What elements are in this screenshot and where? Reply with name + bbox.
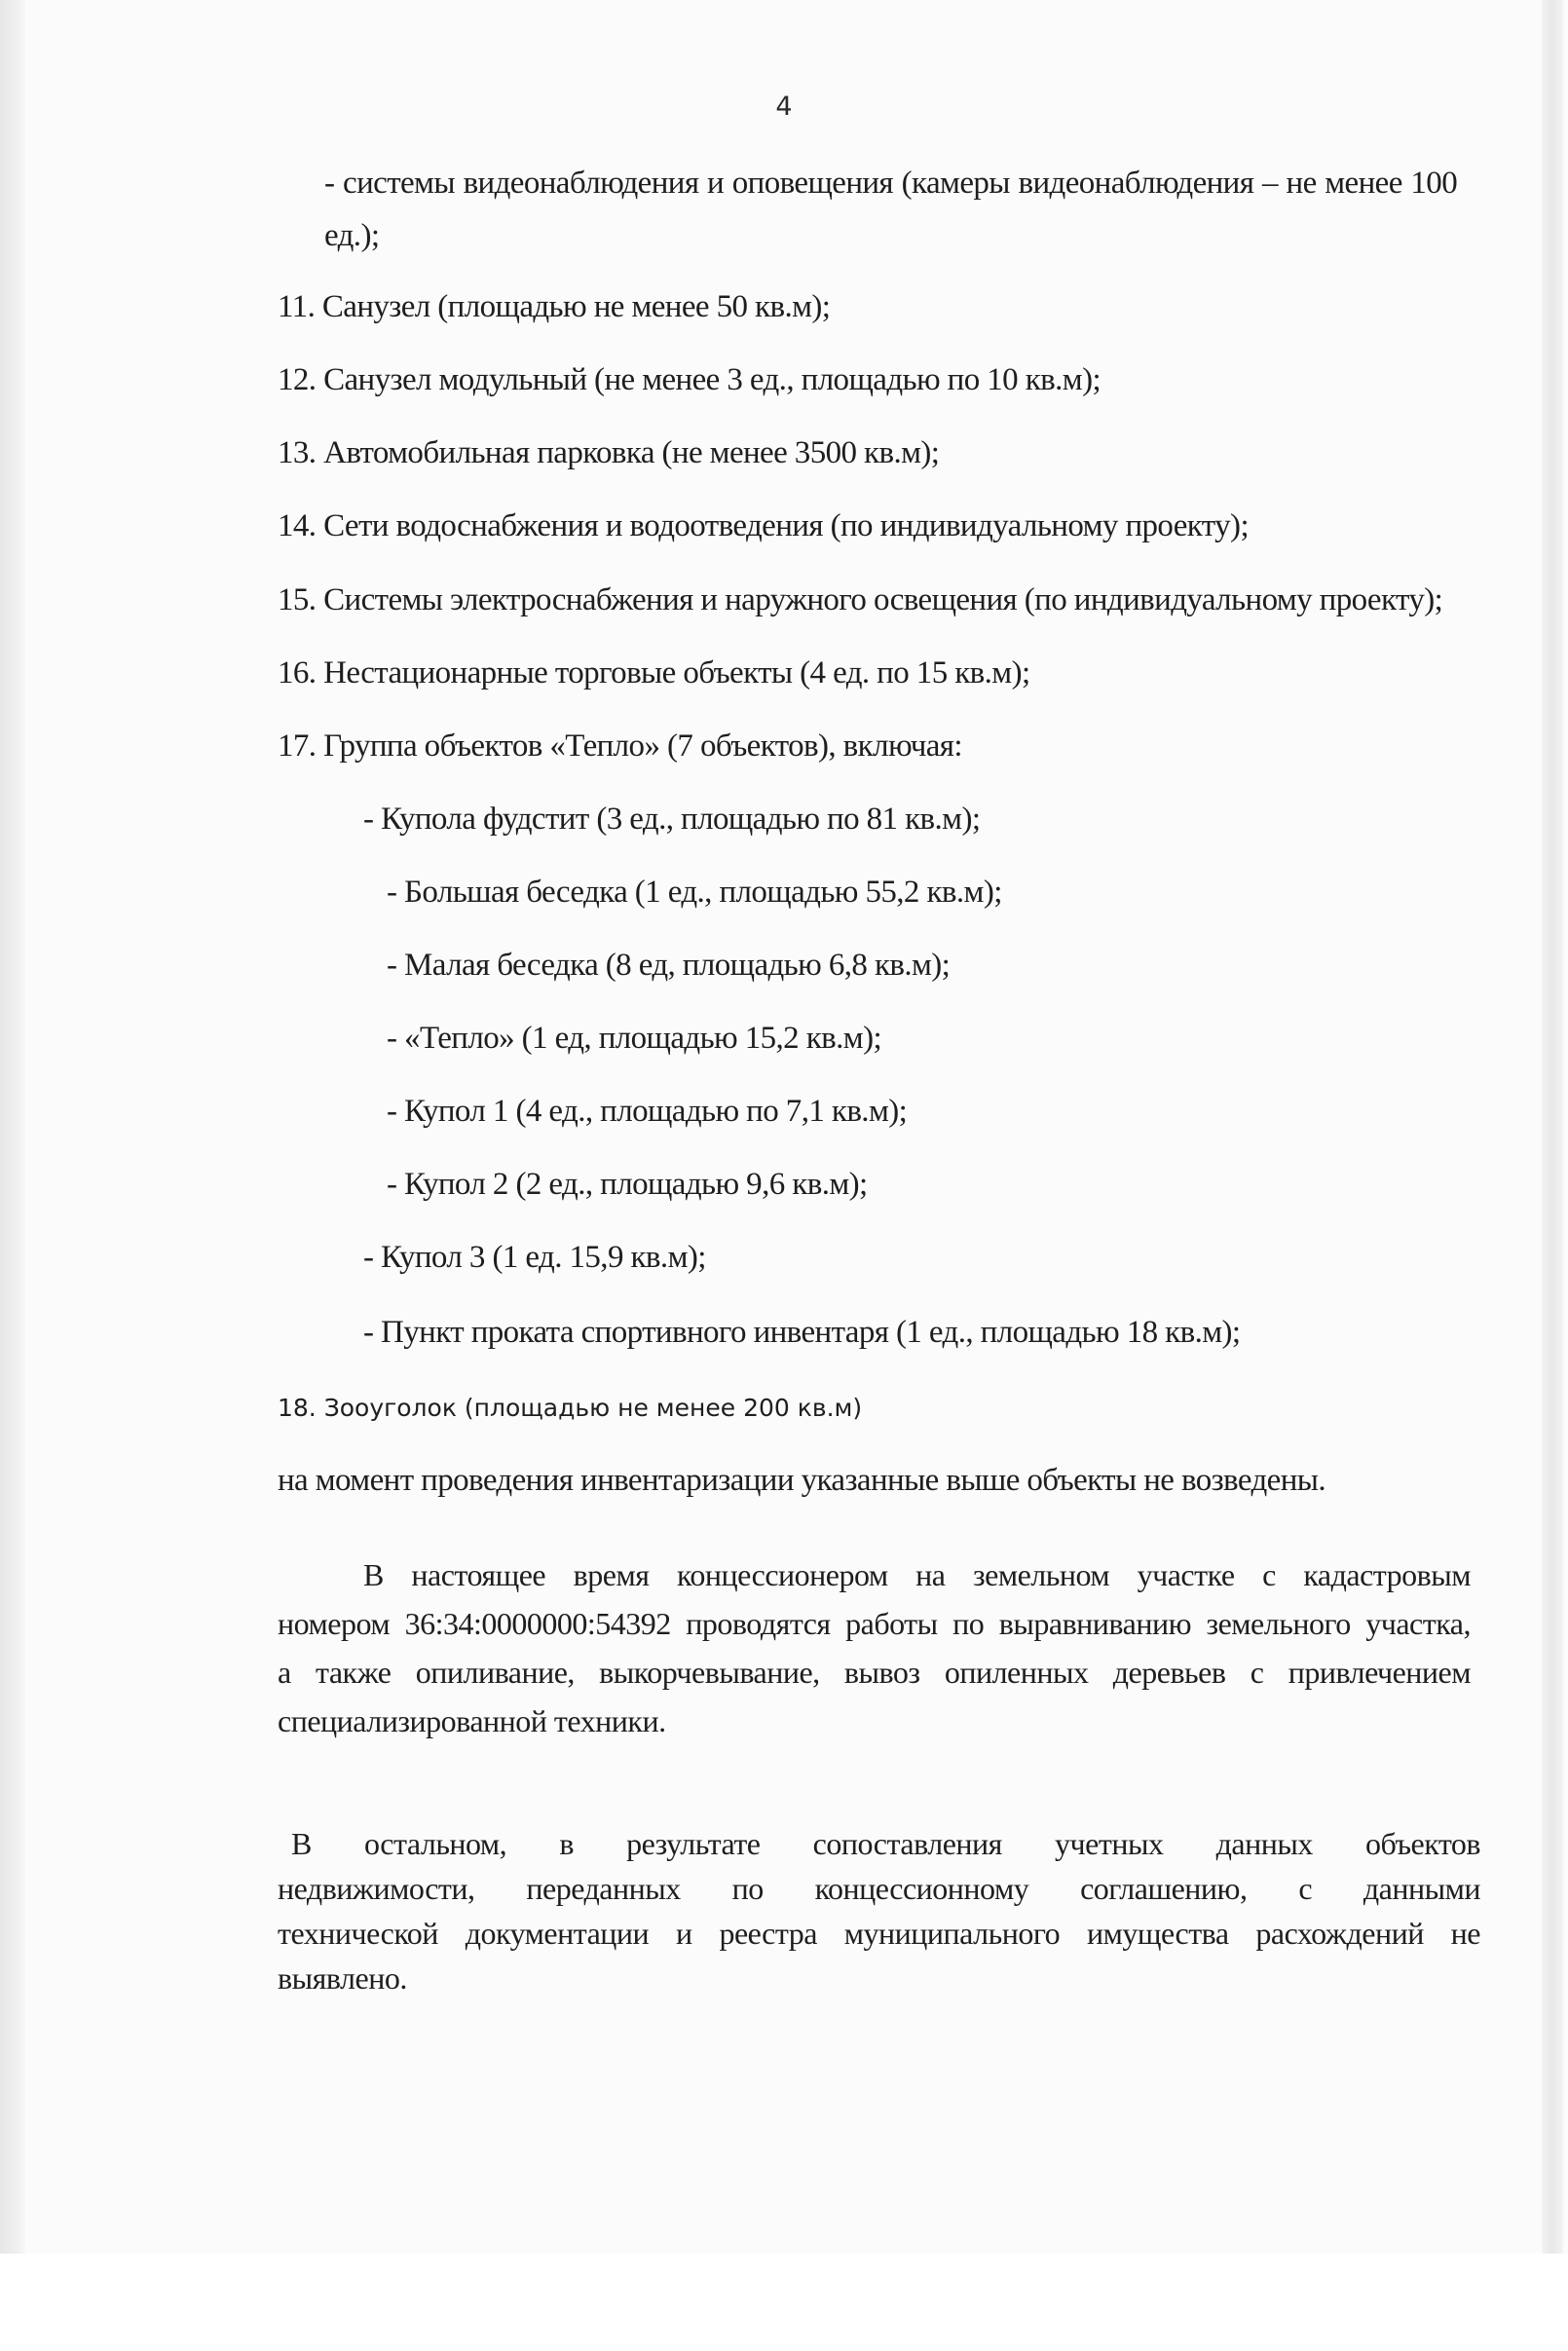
list-item-11: 11. Санузел (площадью не менее 50 кв.м);: [278, 287, 830, 326]
list-item-15: 15. Системы электроснабжения и наружного…: [278, 580, 1442, 619]
sub-item-rental-point: - Пункт проката спортивного инвентаря (1…: [363, 1313, 1240, 1352]
list-item-13: 13. Автомобильная парковка (не менее 350…: [278, 433, 939, 472]
list-item-18: 18. Зооуголок (площадью не менее 200 кв.…: [278, 1389, 862, 1428]
list-item-14: 14. Сети водоснабжения и водоотведения (…: [278, 506, 1249, 545]
list-item-12: 12. Санузел модульный (не менее 3 ед., п…: [278, 360, 1101, 399]
sub-item-dome-2: - Купол 2 (2 ед., площадью 9,6 кв.м);: [387, 1165, 868, 1204]
paragraph-current-works: В настоящее время концессионером на земе…: [278, 1550, 1471, 1745]
scan-edge-left: [0, 0, 25, 2254]
sub-item-large-gazebo: - Большая беседка (1 ед., площадью 55,2 …: [387, 873, 1002, 912]
inventory-conclusion: на момент проведения инвентаризации указ…: [278, 1461, 1325, 1500]
sub-item-dome-1: - Купол 1 (4 ед., площадью по 7,1 кв.м);: [387, 1092, 907, 1131]
paragraph-line: технической документации и реестра муниц…: [278, 1911, 1480, 1956]
list-item-intro-line1: - системы видеонаблюдения и оповещения (…: [324, 164, 1457, 203]
sub-item-teplo: - «Тепло» (1 ед, площадью 15,2 кв.м);: [387, 1019, 881, 1058]
list-item-16: 16. Нестационарные торговые объекты (4 е…: [278, 653, 1030, 692]
paragraph-line: недвижимости, переданных по концессионно…: [278, 1866, 1480, 1911]
paragraph-line: В остальном, в результате сопоставления …: [278, 1821, 1480, 1866]
sub-item-dome-3: - Купол 3 (1 ед. 15,9 кв.м);: [363, 1238, 706, 1277]
paragraph-line: специализированной техники.: [278, 1697, 1471, 1745]
paragraph-line: выявлено.: [278, 1956, 1480, 2000]
paragraph-result: В остальном, в результате сопоставления …: [278, 1821, 1480, 2000]
paragraph-line: а также опиливание, выкорчевывание, выво…: [278, 1648, 1471, 1697]
sub-item-food-domes: - Купола фудстит (3 ед., площадью по 81 …: [363, 800, 980, 839]
page-number: 4: [0, 92, 1568, 122]
paragraph-line: В настоящее время концессионером на земе…: [278, 1550, 1471, 1599]
paragraph-line: номером 36:34:0000000:54392 проводятся р…: [278, 1599, 1471, 1648]
list-item-intro-line2: ед.);: [324, 216, 379, 255]
scanned-page: 4 - системы видеонаблюдения и оповещения…: [0, 0, 1568, 2254]
scan-edge-right: [1542, 0, 1563, 2254]
list-item-17: 17. Группа объектов «Тепло» (7 объектов)…: [278, 727, 962, 765]
sub-item-small-gazebo: - Малая беседка (8 ед, площадью 6,8 кв.м…: [387, 946, 950, 985]
